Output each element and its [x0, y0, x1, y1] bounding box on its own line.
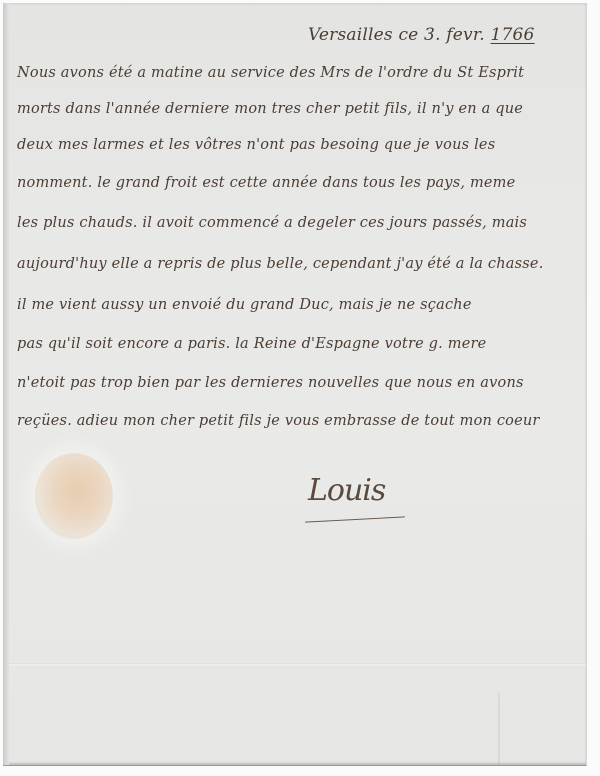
letter-line-1: Nous avons été a matine au service des M… [17, 65, 524, 81]
dateline: Versailles ce 3. fevr. 1766 [308, 25, 535, 45]
place-and-date: Versailles ce 3. fevr. [308, 25, 485, 45]
signature: Louis [308, 473, 385, 508]
letter-line-10: reçües. adieu mon cher petit fils je vou… [17, 413, 540, 429]
letter-line-5: les plus chauds. il avoit commencé a deg… [17, 215, 527, 231]
horizontal-fold-line [9, 663, 586, 667]
letter-line-4: nomment. le grand froit est cette année … [17, 175, 515, 191]
scanned-letter: Versailles ce 3. fevr. 1766 Nous avons é… [0, 0, 600, 776]
letter-line-9: n'etoit pas trop bien par les dernieres … [17, 375, 524, 391]
letter-line-8: pas qu'il soit encore a paris. la Reine … [17, 336, 486, 352]
letter-line-6: aujourd'huy elle a repris de plus belle,… [17, 256, 544, 272]
paper-left-edge [3, 3, 9, 765]
letter-line-2: morts dans l'année derniere mon tres che… [17, 101, 523, 117]
letter-line-7: il me vient aussy un envoié du grand Duc… [17, 297, 472, 313]
signature-underline [305, 516, 405, 522]
vertical-fold-line [498, 693, 500, 765]
year: 1766 [491, 25, 535, 45]
wax-seal-stain [35, 453, 113, 539]
letter-paper: Versailles ce 3. fevr. 1766 Nous avons é… [3, 3, 587, 766]
letter-line-3: deux mes larmes et les vôtres n'ont pas … [17, 137, 495, 153]
